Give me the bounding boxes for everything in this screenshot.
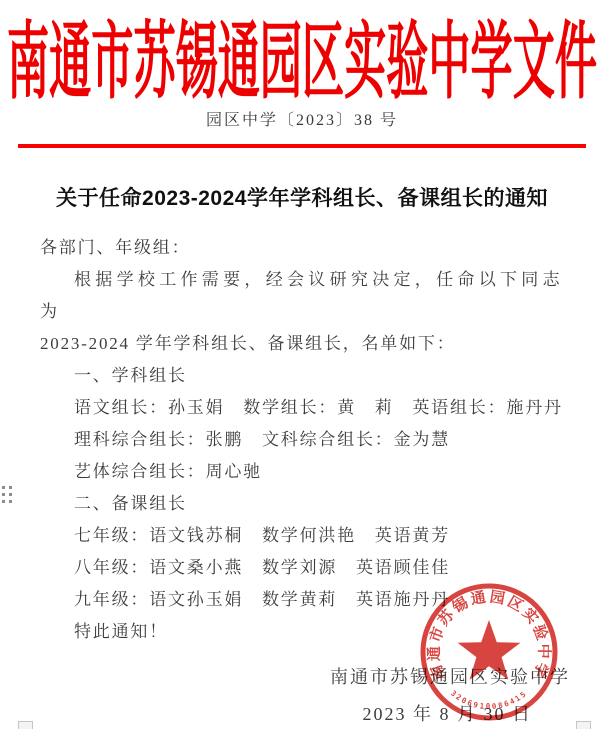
paragraph-line-1: 根据学校工作需要，经会议研究决定，任命以下同志为 bbox=[40, 264, 566, 328]
subject-leaders-line-1: 语文组长：孙玉娟 数学组长：黄 莉 英语组长：施丹丹 bbox=[40, 392, 566, 424]
red-header-banner: 南通市苏锡通园区实验中学文件 bbox=[0, 8, 604, 104]
grade-7-leaders-line: 七年级：语文钱苏桐 数学何洪艳 英语黄芳 bbox=[40, 520, 566, 552]
salutation-line: 各部门、年级组： bbox=[40, 232, 566, 264]
drag-handle-icon[interactable] bbox=[2, 486, 12, 503]
official-seal-icon: 南通市苏锡通园区实验中学 3206910086415 bbox=[400, 578, 578, 729]
svg-text:3206910086415: 3206910086415 bbox=[449, 689, 529, 711]
section-2-heading: 二、备课组长 bbox=[40, 488, 566, 520]
seal-code: 3206910086415 bbox=[449, 689, 529, 711]
subject-leaders-line-3: 艺体综合组长：周心驰 bbox=[40, 456, 566, 488]
section-1-heading: 一、学科组长 bbox=[40, 360, 566, 392]
document-page: 南通市苏锡通园区实验中学文件 园区中学〔2023〕38 号 关于任命2023-2… bbox=[0, 0, 604, 729]
seal-star-icon bbox=[458, 620, 521, 680]
notice-title: 关于任命2023-2024学年学科组长、备课组长的通知 bbox=[0, 184, 604, 214]
org-title: 南通市苏锡通园区实验中学文件 bbox=[7, 0, 597, 115]
resize-handle-bottom-left[interactable] bbox=[18, 721, 33, 729]
resize-handle-bottom-right[interactable] bbox=[576, 721, 591, 729]
subject-leaders-line-2: 理科综合组长：张鹏 文科综合组长：金为慧 bbox=[40, 424, 566, 456]
paragraph-line-2: 2023-2024 学年学科组长、备课组长，名单如下： bbox=[40, 328, 566, 360]
red-divider-rule bbox=[18, 144, 586, 148]
